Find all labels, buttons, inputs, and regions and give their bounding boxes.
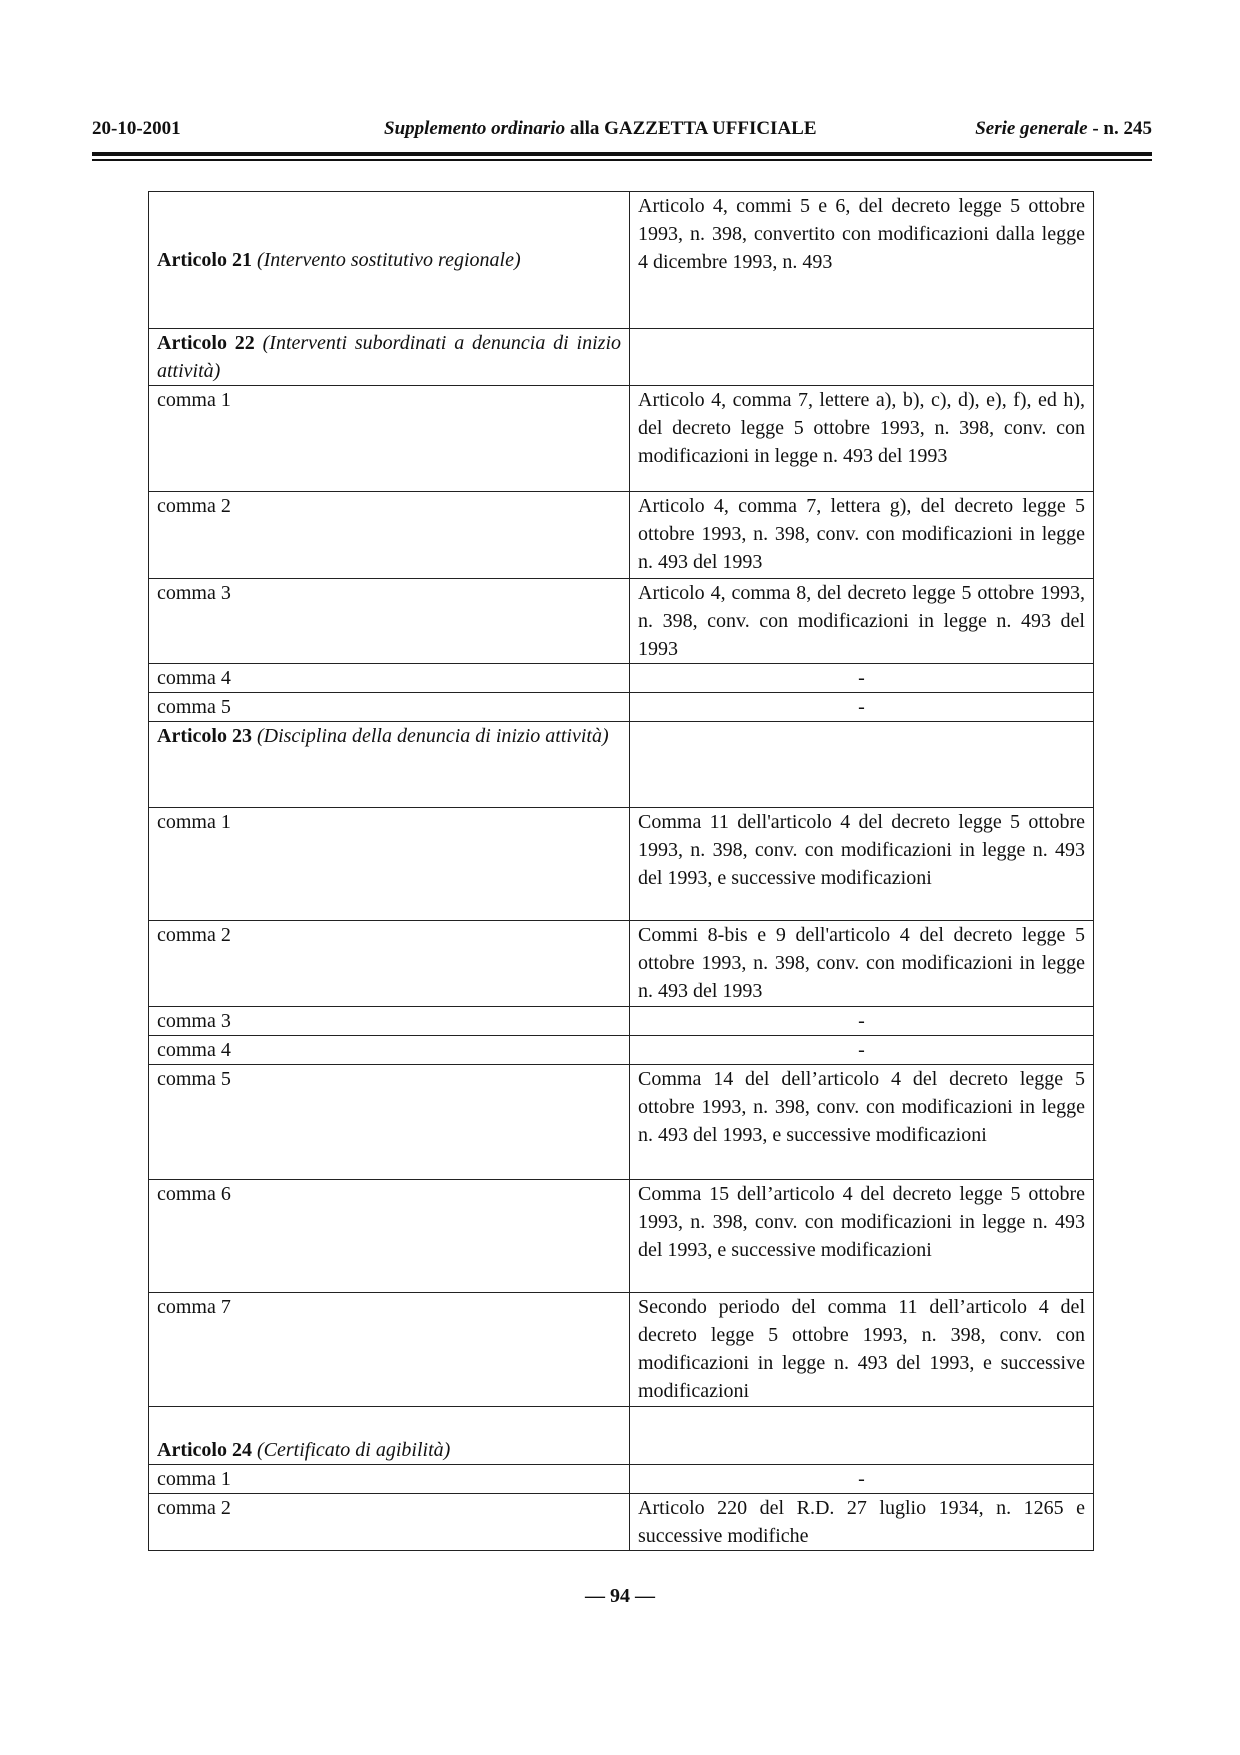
comma-row: comma 2Articolo 220 del R.D. 27 luglio 1… xyxy=(149,1494,1094,1551)
article-label: Articolo 23 xyxy=(157,725,252,747)
reference-cell: Articolo 4, commi 5 e 6, del decreto leg… xyxy=(630,192,1094,329)
comma-row: comma 1Comma 11 dell'articolo 4 del decr… xyxy=(149,808,1094,921)
source-cell: comma 2 xyxy=(149,1494,630,1551)
reference-cell: Articolo 4, comma 7, lettere a), b), c),… xyxy=(630,386,1094,492)
source-cell: comma 5 xyxy=(149,693,630,722)
comma-label: comma 5 xyxy=(157,696,231,718)
source-cell: comma 3 xyxy=(149,579,630,664)
article-label: Articolo 21 xyxy=(157,249,252,271)
reference-cell: - xyxy=(630,1465,1094,1494)
header-series-italic: Serie generale xyxy=(975,118,1087,139)
comma-row: comma 2Commi 8-bis e 9 dell'articolo 4 d… xyxy=(149,921,1094,1007)
reference-cell: Articolo 220 del R.D. 27 luglio 1934, n.… xyxy=(630,1494,1094,1551)
comma-label: comma 2 xyxy=(157,924,231,946)
page-header: 20-10-2001 Supplemento ordinario alla GA… xyxy=(92,118,1152,148)
concordance-table: Articolo 21 (Intervento sostitutivo regi… xyxy=(148,191,1094,1551)
comma-label: comma 7 xyxy=(157,1296,231,1318)
header-series-rest: - n. 245 xyxy=(1088,118,1152,139)
source-cell: comma 2 xyxy=(149,921,630,1007)
header-publication: Supplemento ordinario alla GAZZETTA UFFI… xyxy=(384,118,817,140)
comma-row: comma 3Articolo 4, comma 8, del decreto … xyxy=(149,579,1094,664)
source-cell: comma 3 xyxy=(149,1007,630,1036)
source-cell: Articolo 21 (Intervento sostitutivo regi… xyxy=(149,192,630,329)
comma-label: comma 6 xyxy=(157,1183,231,1205)
comma-row: comma 4- xyxy=(149,664,1094,693)
reference-cell xyxy=(630,329,1094,386)
reference-cell: Articolo 4, comma 7, lettera g), del dec… xyxy=(630,492,1094,579)
article-row: Articolo 21 (Intervento sostitutivo regi… xyxy=(149,192,1094,329)
comma-label: comma 4 xyxy=(157,1039,231,1061)
header-rule-thin xyxy=(92,159,1152,161)
comma-label: comma 1 xyxy=(157,1468,231,1490)
header-rule-thick xyxy=(92,152,1152,156)
reference-cell: Articolo 4, comma 8, del decreto legge 5… xyxy=(630,579,1094,664)
source-cell: comma 5 xyxy=(149,1065,630,1180)
article-title: (Certificato di agibilità) xyxy=(257,1439,450,1461)
article-row: Articolo 24 (Certificato di agibilità) xyxy=(149,1407,1094,1465)
comma-label: comma 1 xyxy=(157,811,231,833)
reference-cell: - xyxy=(630,664,1094,693)
source-cell: comma 1 xyxy=(149,1465,630,1494)
comma-row: comma 5Comma 14 del dell’articolo 4 del … xyxy=(149,1065,1094,1180)
source-cell: comma 4 xyxy=(149,664,630,693)
source-cell: Articolo 22 (Interventi subordinati a de… xyxy=(149,329,630,386)
reference-cell: Comma 14 del dell’articolo 4 del decreto… xyxy=(630,1065,1094,1180)
reference-cell: Commi 8-bis e 9 dell'articolo 4 del decr… xyxy=(630,921,1094,1007)
article-label: Articolo 24 xyxy=(157,1439,252,1461)
source-cell: comma 1 xyxy=(149,386,630,492)
comma-label: comma 4 xyxy=(157,667,231,689)
header-publication-rest: alla GAZZETTA UFFICIALE xyxy=(565,118,816,139)
comma-row: comma 7Secondo periodo del comma 11 dell… xyxy=(149,1293,1094,1407)
source-cell: comma 1 xyxy=(149,808,630,921)
header-publication-italic: Supplemento ordinario xyxy=(384,118,565,139)
source-cell: Articolo 24 (Certificato di agibilità) xyxy=(149,1407,630,1465)
comma-row: comma 6Comma 15 dell’articolo 4 del decr… xyxy=(149,1180,1094,1293)
comma-row: comma 5- xyxy=(149,693,1094,722)
source-cell: comma 2 xyxy=(149,492,630,579)
source-cell: comma 6 xyxy=(149,1180,630,1293)
reference-cell: Comma 15 dell’articolo 4 del decreto leg… xyxy=(630,1180,1094,1293)
comma-label: comma 5 xyxy=(157,1068,231,1090)
article-row: Articolo 22 (Interventi subordinati a de… xyxy=(149,329,1094,386)
reference-cell: - xyxy=(630,1007,1094,1036)
comma-row: comma 1Articolo 4, comma 7, lettere a), … xyxy=(149,386,1094,492)
comma-label: comma 3 xyxy=(157,582,231,604)
article-title: (Intervento sostitutivo regionale) xyxy=(257,249,521,271)
reference-cell: Comma 11 dell'articolo 4 del decreto leg… xyxy=(630,808,1094,921)
comma-row: comma 4- xyxy=(149,1036,1094,1065)
comma-label: comma 3 xyxy=(157,1010,231,1032)
article-title: (Disciplina della denuncia di inizio att… xyxy=(257,725,609,747)
comma-label: comma 2 xyxy=(157,495,231,517)
source-cell: Articolo 23 (Disciplina della denuncia d… xyxy=(149,722,630,808)
reference-cell: - xyxy=(630,693,1094,722)
reference-cell xyxy=(630,1407,1094,1465)
comma-row: comma 3- xyxy=(149,1007,1094,1036)
comma-label: comma 2 xyxy=(157,1497,231,1519)
page-number: — 94 — xyxy=(0,1585,1240,1608)
source-cell: comma 4 xyxy=(149,1036,630,1065)
reference-cell xyxy=(630,722,1094,808)
header-series: Serie generale - n. 245 xyxy=(975,118,1152,140)
article-row: Articolo 23 (Disciplina della denuncia d… xyxy=(149,722,1094,808)
concordance-table-body: Articolo 21 (Intervento sostitutivo regi… xyxy=(149,192,1094,1551)
article-label: Articolo 22 xyxy=(157,332,255,354)
header-date: 20-10-2001 xyxy=(92,118,181,140)
comma-row: comma 2Articolo 4, comma 7, lettera g), … xyxy=(149,492,1094,579)
comma-row: comma 1- xyxy=(149,1465,1094,1494)
reference-cell: - xyxy=(630,1036,1094,1065)
comma-label: comma 1 xyxy=(157,389,231,411)
reference-cell: Secondo periodo del comma 11 dell’artico… xyxy=(630,1293,1094,1407)
source-cell: comma 7 xyxy=(149,1293,630,1407)
